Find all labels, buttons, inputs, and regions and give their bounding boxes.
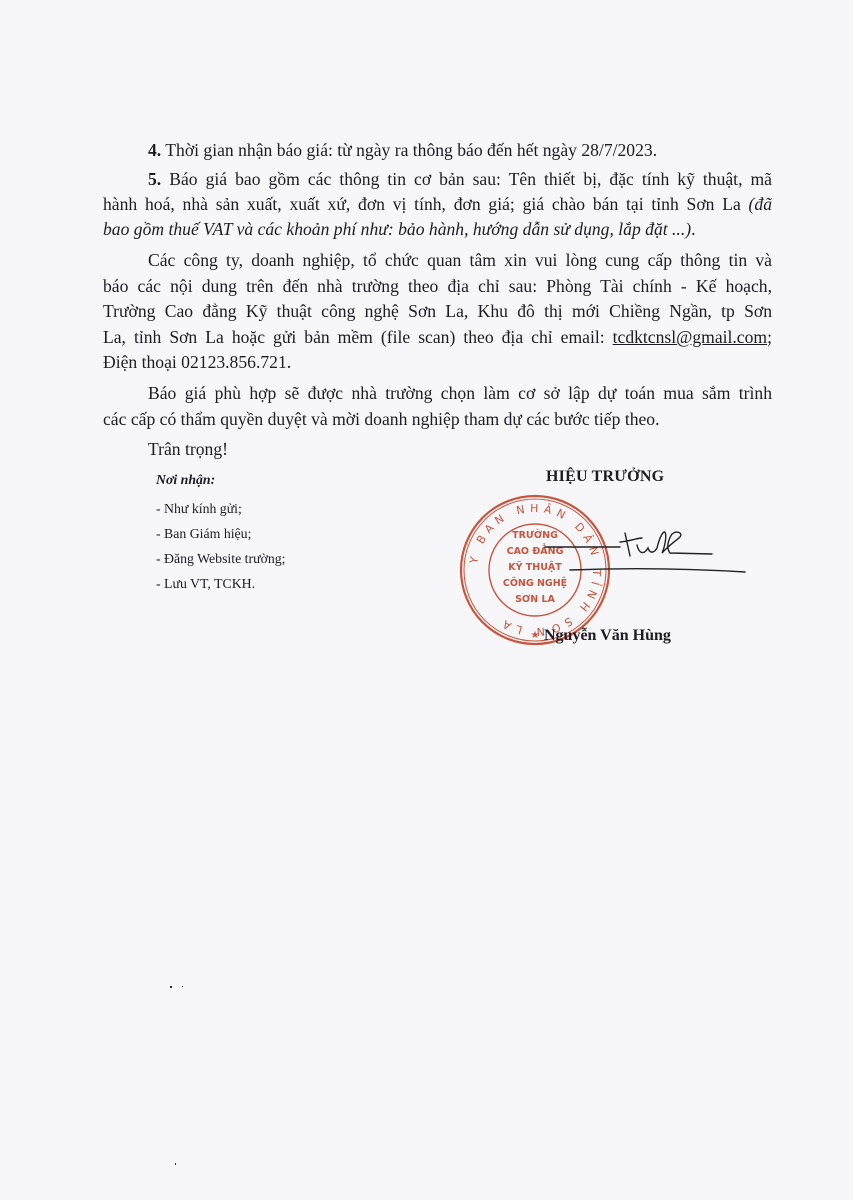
item-5-line-3-end: . [691, 219, 695, 239]
item-5-line-2: hành hoá, nhà sản xuất, xuất xứ, đơn vị … [103, 193, 772, 215]
scan-speck [182, 986, 183, 987]
email-link[interactable]: tcdktcnsl@gmail.com [613, 327, 767, 347]
recipients-heading: Nơi nhận: [156, 470, 215, 490]
scan-speck [175, 1163, 176, 1165]
item-5-line-1: 5. Báo giá bao gồm các thông tin cơ bản … [148, 168, 772, 190]
closing: Trân trọng! [148, 438, 228, 460]
handwritten-signature [540, 520, 750, 580]
stamp-line: SƠN LA [515, 594, 555, 605]
item-4: 4. Thời gian nhận báo giá: từ ngày ra th… [148, 139, 657, 161]
item-5-line-2-text: hành hoá, nhà sản xuất, xuất xứ, đơn vị … [103, 194, 749, 214]
contact-line-4-text: La, tỉnh Sơn La hoặc gửi bản mềm (file s… [103, 327, 613, 347]
contact-line-3: Trường Cao đẳng Kỹ thuật công nghệ Sơn L… [103, 300, 772, 322]
contact-line-4-suffix: ; [767, 327, 772, 347]
contact-line-4: La, tỉnh Sơn La hoặc gửi bản mềm (file s… [103, 326, 772, 348]
signer-name: Nguyễn Văn Hùng [544, 627, 671, 645]
selection-line-2: các cấp có thẩm quyền duyệt và mời doanh… [103, 408, 660, 430]
item-4-text: Thời gian nhận báo giá: từ ngày ra thông… [161, 140, 657, 160]
item-5-number: 5. [148, 169, 161, 189]
recipient-item: - Như kính gửi; [156, 499, 242, 519]
contact-phone: Điện thoại 02123.856.721. [103, 351, 291, 373]
signer-title: HIỆU TRƯỞNG [546, 468, 664, 486]
contact-line-2: báo các nội dung trên đến nhà trường the… [103, 275, 772, 297]
recipient-item: - Lưu VT, TCKH. [156, 574, 255, 594]
recipient-item: - Đăng Website trường; [156, 549, 286, 569]
item-5-line-2-italic: (đã [749, 194, 772, 214]
item-5-line-3-italic: bao gồm thuế VAT và các khoản phí như: b… [103, 219, 691, 239]
item-5-text: Báo giá bao gồm các thông tin cơ bản sau… [161, 169, 772, 189]
selection-line-1: Báo giá phù hợp sẽ được nhà trường chọn … [148, 382, 772, 404]
contact-line-1: Các công ty, doanh nghiệp, tổ chức quan … [148, 249, 772, 271]
item-4-number: 4. [148, 140, 161, 160]
stamp-star-icon: ★ [531, 630, 540, 641]
item-5-line-3: bao gồm thuế VAT và các khoản phí như: b… [103, 218, 696, 240]
scan-speck [170, 986, 172, 988]
recipient-item: - Ban Giám hiệu; [156, 524, 251, 544]
